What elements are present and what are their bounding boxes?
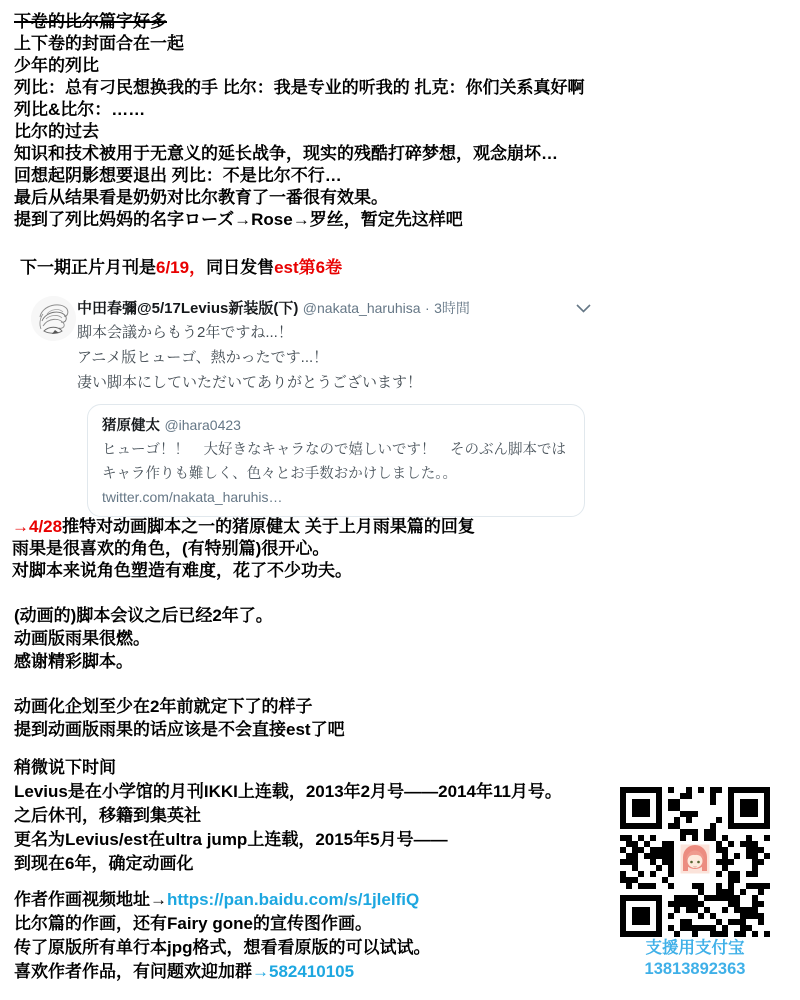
announcement-volume: est第6卷: [274, 258, 342, 277]
qq-group-link[interactable]: →582410105: [252, 962, 354, 981]
quoted-tweet-link[interactable]: twitter.com/nakata_haruhis…: [102, 489, 570, 505]
quoted-author-name: 猪原健太: [102, 418, 160, 434]
timeline-line: 稍微说下时间: [14, 756, 562, 780]
meeting-line: (动画的)脚本会议之后已经2年了。: [14, 604, 273, 627]
video-link-prefix: 作者作画视频地址→: [14, 890, 167, 909]
note-line: 知识和技术被用于无意义的延长战争，现实的残酷打碎梦想，观念崩坏…: [14, 143, 584, 165]
announcement-text: 同日发售: [206, 258, 274, 277]
plan-section: 动画化企划至少在2年前就定下了的样子 提到动画版雨果的话应该是不会直接est了吧: [14, 695, 345, 741]
timeline-section: 稍微说下时间 Levius是在小学馆的月刊IKKI上连载，2013年2月号——2…: [14, 756, 562, 876]
timeline-line: 之后休刊，移籍到集英社: [14, 804, 562, 828]
note-line-strikethrough: 下卷的比尔篇字好多: [14, 11, 584, 33]
tweet-timestamp[interactable]: 3時間: [434, 300, 470, 316]
meeting-section: (动画的)脚本会议之后已经2年了。 动画版雨果很燃。 感谢精彩脚本。: [14, 604, 273, 673]
group-line-prefix: 喜欢作者作品，有问题欢迎加群: [14, 962, 252, 981]
reply-head-text: 推特对动画脚本之一的猪原健太 关于上月雨果篇的回复: [62, 517, 475, 536]
footer-line: 比尔篇的作画，还有Fairy gone的宣传图作画。: [14, 912, 431, 936]
top-notes-block: 下卷的比尔篇字好多 上下卷的封面合在一起 少年的列比 列比：总有刁民想换我的手 …: [14, 11, 584, 231]
reply-line: 雨果是很喜欢的角色，(有特别篇)很开心。: [12, 538, 475, 560]
tweet-author-name[interactable]: 中田春彌@5/17Levius新装版(下): [77, 300, 298, 317]
tweet-header: 中田春彌@5/17Levius新装版(下) @nakata_haruhisa ·…: [77, 298, 597, 318]
meeting-line: 动画版雨果很燃。: [14, 627, 273, 650]
announcement-date: 6/19，: [156, 258, 206, 277]
alipay-qr-code: [620, 787, 770, 937]
reply-head-line: →4/28推特对动画脚本之一的猪原健太 关于上月雨果篇的回复: [12, 516, 475, 538]
plan-line: 提到动画版雨果的话应该是不会直接est了吧: [14, 718, 345, 741]
note-line: 比尔的过去: [14, 121, 584, 143]
footer-section: 作者作画视频地址→https://pan.baidu.com/s/1jlelfi…: [14, 888, 431, 984]
avatar[interactable]: [31, 296, 76, 341]
note-line: 回想起阴影想要退出 列比：不是比尔不行…: [14, 165, 584, 187]
quoted-tweet-header: 猪原健太 @ihara0423: [102, 416, 570, 435]
alipay-qr-block: 支援用支付宝 13813892363: [620, 787, 770, 979]
reply-arrow-date: →4/28: [12, 517, 62, 536]
timeline-line: 更名为Levius/est在ultra jump上连载，2015年5月号——: [14, 828, 562, 852]
release-announcement: 下一期正片月刊是6/19，同日发售est第6卷: [20, 253, 342, 278]
avatar-sketch: [31, 296, 76, 341]
note-line: 上下卷的封面合在一起: [14, 33, 584, 55]
tweet-text-line: 凄い脚本にしていただいてありがとうございます！: [77, 370, 597, 395]
tweet-embed: 中田春彌@5/17Levius新装版(下) @nakata_haruhisa ·…: [31, 292, 597, 517]
footer-line: 传了原版所有单行本jpg格式，想看看原版的可以试试。: [14, 936, 431, 960]
tweet-time-separator: ·: [425, 300, 430, 316]
chevron-down-icon[interactable]: [576, 304, 591, 313]
quoted-tweet-card[interactable]: 猪原健太 @ihara0423 ヒューゴ！！ 大好きなキャラなので嬉しいです！ …: [87, 404, 585, 517]
note-line: 提到了列比妈妈的名字ローズ→Rose→罗丝，暂定先这样吧: [14, 209, 584, 231]
timeline-line: 到现在6年，确定动画化: [14, 852, 562, 876]
note-line: 列比&比尔：……: [14, 99, 584, 121]
quoted-author-handle: @ihara0423: [164, 417, 241, 433]
tweet-author-handle[interactable]: @nakata_haruhisa: [303, 300, 421, 316]
baidu-pan-link[interactable]: https://pan.baidu.com/s/1jlelfiQ: [167, 890, 419, 909]
note-line: 少年的列比: [14, 55, 584, 77]
meeting-line: 感谢精彩脚本。: [14, 650, 273, 673]
alipay-caption: 支援用支付宝: [620, 938, 770, 958]
qr-center-girl-image: [679, 843, 711, 875]
video-link-line: 作者作画视频地址→https://pan.baidu.com/s/1jlelfi…: [14, 888, 431, 912]
note-line: 列比：总有刁民想换我的手 比尔：我是专业的听我的 扎克：你们关系真好啊: [14, 77, 584, 99]
timeline-line: Levius是在小学馆的月刊IKKI上连载，2013年2月号——2014年11月…: [14, 780, 562, 804]
tweet-text-line: 脚本会議からもう2年ですね...！: [77, 320, 597, 345]
reply-line: 对脚本来说角色塑造有难度，花了不少功夫。: [12, 560, 475, 582]
alipay-phone-number: 13813892363: [620, 959, 770, 979]
plan-line: 动画化企划至少在2年前就定下了的样子: [14, 695, 345, 718]
tweet-text: 脚本会議からもう2年ですね...！ アニメ版ヒューゴ、熱かったです...！ 凄い…: [77, 320, 597, 395]
group-line: 喜欢作者作品，有问题欢迎加群→582410105: [14, 960, 431, 984]
quoted-tweet-text: ヒューゴ！！ 大好きなキャラなので嬉しいです！ そのぶん脚本ではキャラ作りも難し…: [102, 438, 570, 486]
reply-section: →4/28推特对动画脚本之一的猪原健太 关于上月雨果篇的回复 雨果是很喜欢的角色…: [12, 516, 475, 582]
tweet-text-line: アニメ版ヒューゴ、熱かったです...！: [77, 345, 597, 370]
note-line: 最后从结果看是奶奶对比尔教育了一番很有效果。: [14, 187, 584, 209]
announcement-text: 下一期正片月刊是: [20, 258, 156, 277]
